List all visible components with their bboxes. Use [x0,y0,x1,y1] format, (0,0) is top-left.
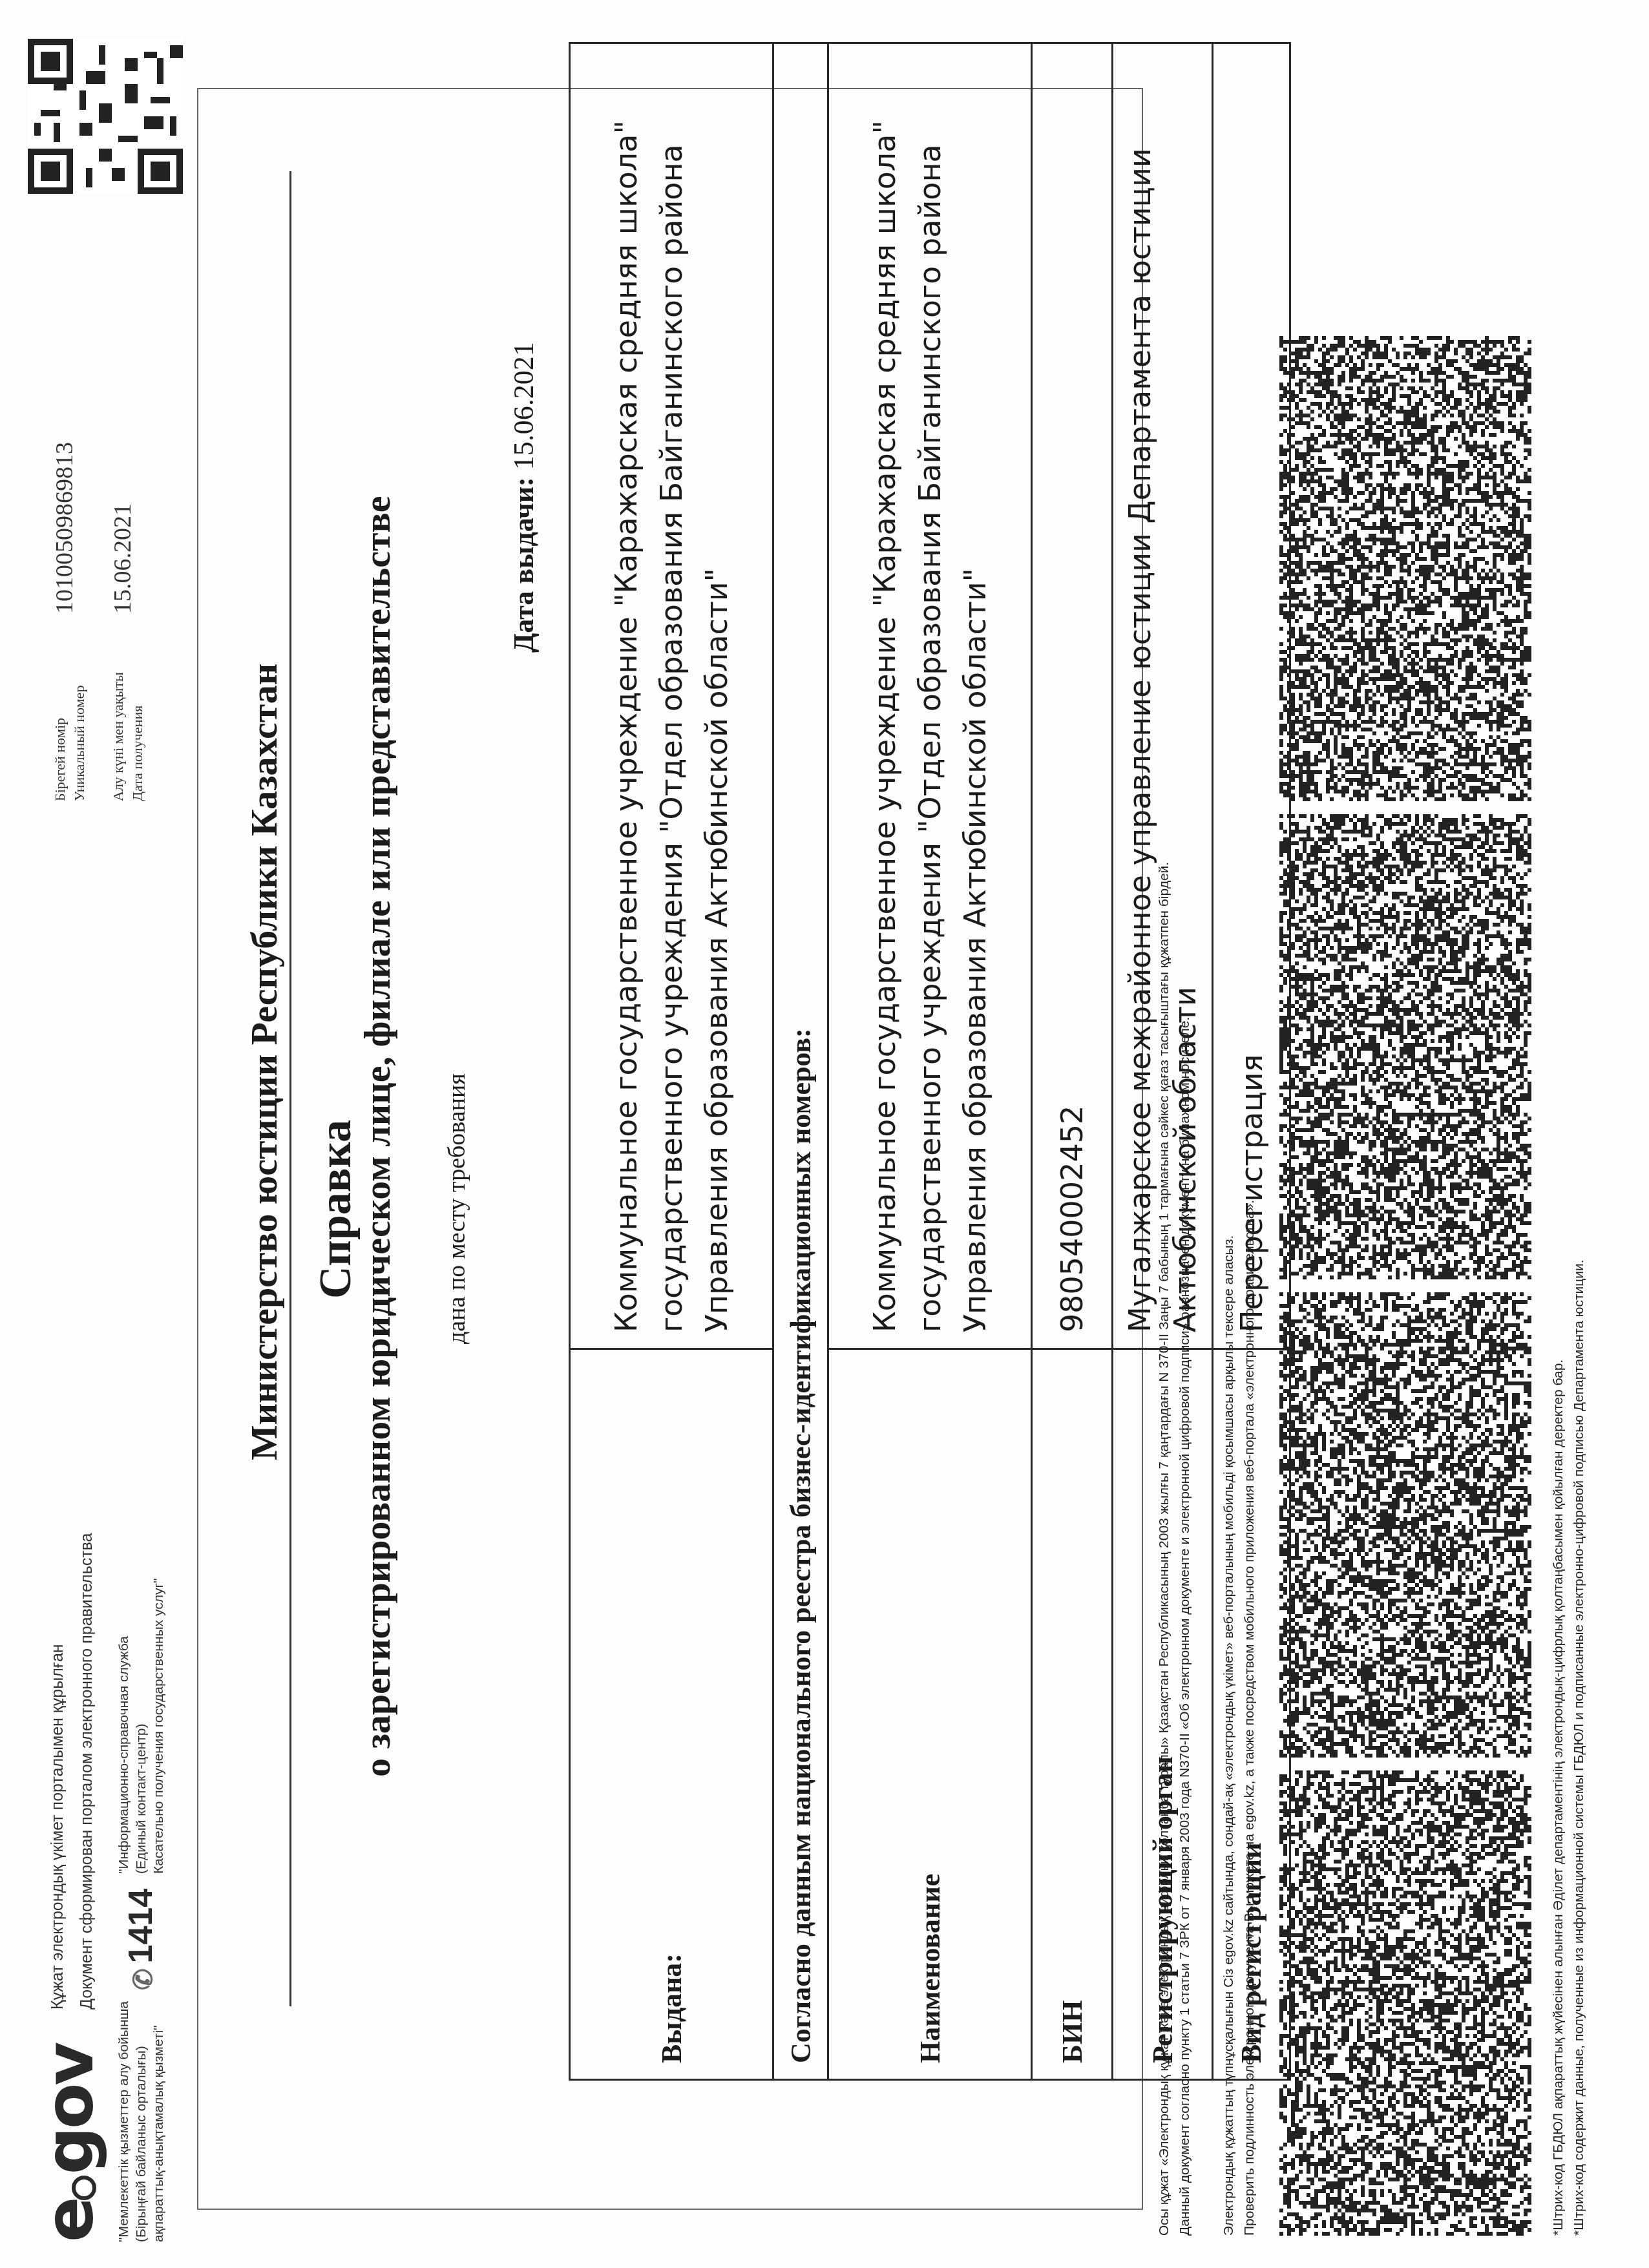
legal-note-kz: Осы құжат «Электрондық құжат және электр… [1157,862,1172,2236]
table-section-row: Согласно данным национального реестра би… [773,43,828,2080]
issued-to-label: Выдана: [570,1349,773,2080]
contact-center-kz: "Мемлекеттік қызметтер алу бойынша (Біры… [115,2001,167,2242]
issue-date: Дата выдачи: 15.06.2021 [507,342,540,653]
portal-note-ru: Документ сформирован порталом электронно… [78,1533,96,2010]
name-label: Наименование [828,1349,1032,2080]
receipt-date-label-kz: Алу күні мен уақыты [110,672,127,801]
barcode-4-icon [1279,336,1531,801]
egov-logo: egov [36,2044,103,2242]
unique-number: 10100509869813 [50,442,79,614]
registry-section-header: Согласно данным национального реестра би… [773,43,828,2080]
portal-note-kz: Құжат электрондық үкімет порталымен құры… [48,1644,67,2010]
document-purpose: дана по месту требования [443,1073,471,1344]
unique-number-label-ru: Уникальный номер [71,686,88,801]
registration-type-value: Перерегистрация [1213,43,1290,1349]
name-value: Коммунальное государственное учреждение … [828,43,1032,1349]
verify-note-ru: Проверить подлинность электронного докум… [1242,1200,1257,2236]
ministry-name: Министерство юстиции Республики Казахста… [242,664,286,1460]
barcode-note-kz: *Штрих-код ГБДЮЛ ақпараттық жүйесінен ал… [1551,1360,1566,2236]
certificate-page: egov Құжат электрондық үкімет порталымен… [0,0,1649,2268]
egov-logo-icon [72,2176,96,2200]
table-row: Наименование Коммунальное государственно… [828,43,1032,2080]
barcode-1-icon [1279,1770,1531,2236]
contact-phone: ✆1414 [121,1889,160,1990]
legal-note-ru: Данный документ согласно пункту 1 статьи… [1177,1017,1193,2236]
document-subtitle: о зарегистрированном юридическом лице, ф… [355,496,399,1777]
phone-icon: ✆ [129,1968,158,1990]
verify-note-kz: Электрондық құжаттың түпнұсқалығын Сіз e… [1221,1235,1237,2236]
receipt-date: 15.06.2021 [109,503,137,614]
unique-number-label-kz: Бірегей нөмір [52,718,68,801]
bin-label: БИН [1032,1349,1113,2080]
bin-value: 980540002452 [1032,43,1113,1349]
table-row: БИН 980540002452 [1032,43,1113,2080]
barcode-2-icon [1279,1292,1531,1758]
table-row: Выдана: Коммунальное государственное учр… [570,43,773,2080]
contact-center-ru: "Информационно-справочная служба (Единый… [115,1578,167,1874]
barcode-3-icon [1279,814,1531,1279]
receipt-date-label-ru: Дата получения [129,706,146,801]
document-title: Справка [310,1120,362,1299]
barcode-note-ru: *Штрих-код содержит данные, полученные и… [1571,1259,1587,2236]
header-divider [289,171,291,2006]
qr-code-icon [26,39,184,194]
issued-to-value: Коммунальное государственное учреждение … [570,43,773,1349]
